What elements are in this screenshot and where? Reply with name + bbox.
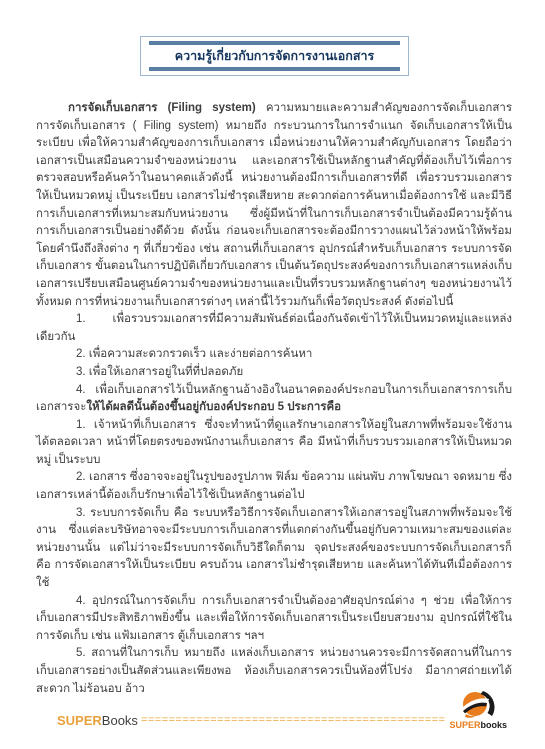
footer-brand-books: Books <box>102 713 138 728</box>
title-rule-bottom <box>149 67 400 71</box>
intro-lead: การจัดเก็บเอกสาร (Filing system) <box>68 102 256 114</box>
component-item-1: 1. เจ้าหน้าที่เก็บเอกสาร ซึ่งจะทำหน้าที่… <box>36 417 512 470</box>
intro-rest: ความหมายและความสำคัญของการจัดเก็บเอกสาร … <box>36 102 512 308</box>
page-title: ความรู้เกี่ยวกับการจัดการงานเอกสาร <box>149 48 400 64</box>
page-footer: SUPERBooks =============================… <box>57 690 507 727</box>
objective-item-4: 4. เพื่อเก็บเอกสารไว้เป็นหลักฐานอ้างอิงใ… <box>36 382 512 417</box>
intro-paragraph: การจัดเก็บเอกสาร (Filing system) ความหมา… <box>36 100 512 311</box>
component-item-3: 3. ระบบการจัดเก็บ คือ ระบบหรือวิธีการจัด… <box>36 505 512 593</box>
objective-item-1: 1. เพื่อรวบรวมเอกสารที่มีความสัมพันธ์ต่อ… <box>36 311 512 346</box>
superbooks-logo: SUPERbooks <box>449 690 507 730</box>
logo-wordmark-super: SUPER <box>449 720 480 730</box>
title-box: ความรู้เกี่ยวกับการจัดการงานเอกสาร <box>140 36 409 76</box>
title-rule-top <box>149 41 400 45</box>
component-item-2: 2. เอกสาร ซึ่งอาจจะอยู่ในรูปของรูปภาพ ฟิ… <box>36 469 512 504</box>
superbooks-logo-wordmark: SUPERbooks <box>449 720 507 730</box>
footer-divider: ========================================… <box>141 714 447 727</box>
objective-item-3: 3. เพื่อให้เอกสารอยู่ในที่ที่ปลอดภัย <box>36 364 512 382</box>
component-item-4: 4. อุปกรณ์ในการจัดเก็บ การเก็บเอกสารจำเป… <box>36 593 512 646</box>
objective-item-2: 2. เพื่อความสะดวกรวดเร็ว และง่ายต่อการค้… <box>36 346 512 364</box>
footer-brand: SUPERBooks <box>57 714 138 727</box>
body-text: การจัดเก็บเอกสาร (Filing system) ความหมา… <box>36 100 512 698</box>
document-page: ความรู้เกี่ยวกับการจัดการงานเอกสาร การจั… <box>0 0 545 749</box>
logo-wordmark-books: books <box>480 720 507 730</box>
objective-4-bold: ให้ได้ผลดีนั้นต้องขึ้นอยู่กับองค์ประกอบ … <box>86 401 341 413</box>
footer-brand-super: SUPER <box>57 713 102 728</box>
superbooks-logo-icon <box>454 690 502 720</box>
